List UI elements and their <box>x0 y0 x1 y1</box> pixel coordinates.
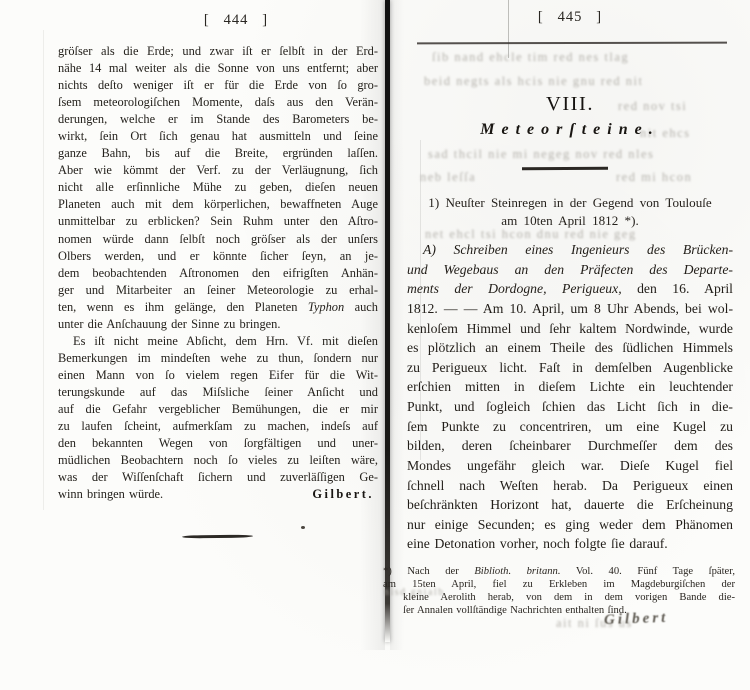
text-line: ſchnell nach Weſten herab. Da Perigueux … <box>407 476 733 496</box>
text-line: nicht alle erſinnliche Mühe zu geben, di… <box>58 179 378 196</box>
text-line: eine Detonation vorher, noch folgte ſie … <box>407 534 733 554</box>
section-title: Meteorſteine. <box>407 121 733 139</box>
text-line: zu Perigueux licht. Faſt in demſelben Au… <box>407 358 733 378</box>
text-line: erſchien mitten in dieſem Lichte ein leu… <box>407 377 733 397</box>
text-segment: auch <box>344 300 378 314</box>
text-line: nomen würde dann ſelbſt noch gröſser als… <box>58 231 378 248</box>
gutter-shadow-right <box>390 0 404 650</box>
bleedthrough-line: red mi hcon <box>616 170 726 185</box>
footnote: *) Nach der Biblioth. britann. Vol. 40. … <box>383 566 735 618</box>
binding-gutter-line <box>385 0 390 642</box>
page-number-right: [ 445 ] <box>407 9 733 26</box>
text-line: ments der Dordogne, Perigueux, den 16. A… <box>407 279 733 299</box>
text-line: Bemerkungen im mindeſten wehe zu thun, ſ… <box>58 350 378 367</box>
bleedthrough-line: sad thcil nie mi negeg nov red nles <box>428 147 720 162</box>
text-line: ten, wenn es ihm gelänge, den Planeten T… <box>58 299 378 316</box>
title-rule <box>522 167 608 170</box>
text-line: den bekannten Wegen von ſorgfältigen und… <box>58 435 378 452</box>
text-line: unter die Anſchauung der Sinne zu bringe… <box>58 316 378 333</box>
text-line-italic: und Wegebaus an den Präfecten des Depart… <box>407 260 733 280</box>
footnote-line: ſer Annalen vollſtändige Nachrichten ent… <box>383 605 735 618</box>
text-segment-italic: Biblioth. britann. <box>474 566 560 577</box>
text-segment: Vol. 40. Fünf Tage ſpäter, <box>560 566 735 577</box>
footnote-line: kleine Aerolith herab, von dem in dem vo… <box>383 592 735 605</box>
text-line: einen Mann von ſo vielem regen Eifer für… <box>58 367 378 384</box>
header-rule <box>417 42 727 45</box>
article-heading-line2: am 10ten April 1812 *). <box>407 213 733 229</box>
text-line: zu laufen ſcheint, aufmerkſam zu machen,… <box>58 418 378 435</box>
text-line: Olbers werden, und er könnte ſicher ſeyn… <box>58 248 378 265</box>
text-line: bilden, deren ſcheinbarer Durchmeſſer de… <box>407 436 733 456</box>
text-line: was der Wiſſenſchaft ſichern und zuverlä… <box>58 469 378 486</box>
text-line: kenloſem Himmel und ſehr kaltem Nordwind… <box>407 319 733 339</box>
text-line: unmittelbar zu erblicken? Sein Ruhm unte… <box>58 213 378 230</box>
page-left-text: gröſser als die Erde; und zwar iſt er ſe… <box>58 43 378 503</box>
text-line: Aber wie kömmt der Verf. zu der Verläugn… <box>58 162 378 179</box>
text-line-paragraph-start: Es iſt nicht meine Abſicht, dem Hrn. Vf.… <box>58 333 378 350</box>
text-line: nichts deſto weniger iſt er für die Erde… <box>58 77 378 94</box>
text-line: es plötzlich an einem Theile des ſüdlich… <box>407 338 733 358</box>
section-end-rule <box>182 535 253 538</box>
text-segment: *) Nach der <box>383 566 474 577</box>
text-line: 1812. — — Am 10. April, um 8 Uhr Abends,… <box>407 299 733 319</box>
text-line: ſem Punkte zu concentriren, um eine Kuge… <box>407 417 733 437</box>
text-line: dem beobachtenden Aſtronomen den eifrigſ… <box>58 265 378 282</box>
text-line-italic: A) Schreiben eines Ingenieurs des Brücke… <box>407 240 733 260</box>
text-segment: den 16. April <box>622 281 733 296</box>
text-line: gröſser als die Erde; und zwar iſt er ſe… <box>58 43 378 60</box>
text-line: beſchränkten Horizont hat, dauerte die E… <box>407 495 733 515</box>
closing-text: winn bringen würde. <box>58 486 163 503</box>
footnote-line: am 15ten April, fiel zu Erkleben im Magd… <box>383 579 735 592</box>
fold-line <box>43 30 44 510</box>
book-scan: [ 444 ] gröſser als die Erde; und zwar i… <box>0 0 750 690</box>
footnote-line: *) Nach der Biblioth. britann. Vol. 40. … <box>383 566 735 579</box>
text-line: derungen, welche er im Stande des Barome… <box>58 111 378 128</box>
bleedthrough-line: neb leſſa <box>420 170 516 185</box>
italic-word-typhon: Typhon <box>308 300 344 314</box>
text-segment: ten, wenn es ihm gelänge, den Planeten <box>58 300 308 314</box>
text-line: Mondes ungefähr gleich war. Dieſe Kugel … <box>407 456 733 476</box>
text-line: nähe 14 mal weiter als die Sonne von uns… <box>58 60 378 77</box>
signature: Gilbert. <box>312 486 378 503</box>
text-line: müdlichen Beobachtern noch ſo vieles zu … <box>58 452 378 469</box>
page-number-left: [ 444 ] <box>58 12 396 29</box>
text-line: Punkt, und ſogleich ſchien das Licht ſic… <box>407 397 733 417</box>
page-right-text: A) Schreiben eines Ingenieurs des Brücke… <box>407 240 733 554</box>
text-line: ganze Bahn, bis auf die Breite, ergründe… <box>58 145 378 162</box>
text-line: Planeten auch mit dem körperlichen, bewa… <box>58 196 378 213</box>
text-line: wirkt, ſein Ort ſich genau hat ausmittel… <box>58 128 378 145</box>
section-number: VIII. <box>407 93 733 116</box>
bleedthrough-line: ſib nand ehcle tim red nes tlag <box>432 50 702 65</box>
bleedthrough-line: beid negts als hcis nie gnu red nit <box>424 74 721 89</box>
text-line: ſsem meteorologiſchen Momente, daſs aus … <box>58 94 378 111</box>
article-heading-line1: 1) Neuſter Steinregen in der Gegend von … <box>407 195 733 211</box>
text-line: nur einige Secunden; es ging weder dem P… <box>407 515 733 535</box>
ink-speck <box>301 526 305 529</box>
text-line: ger und Mitarbeiter an ſeiner Meteorolog… <box>58 282 378 299</box>
closing-line: winn bringen würde.Gilbert. <box>58 486 378 503</box>
text-line: auf die Gefahr vergeblicher Bemühungen, … <box>58 401 378 418</box>
text-line: terungskunde auf das Miſsliche ſeiner An… <box>58 384 378 401</box>
text-segment-italic: ments der Dordogne, Perigueux, <box>407 281 622 296</box>
